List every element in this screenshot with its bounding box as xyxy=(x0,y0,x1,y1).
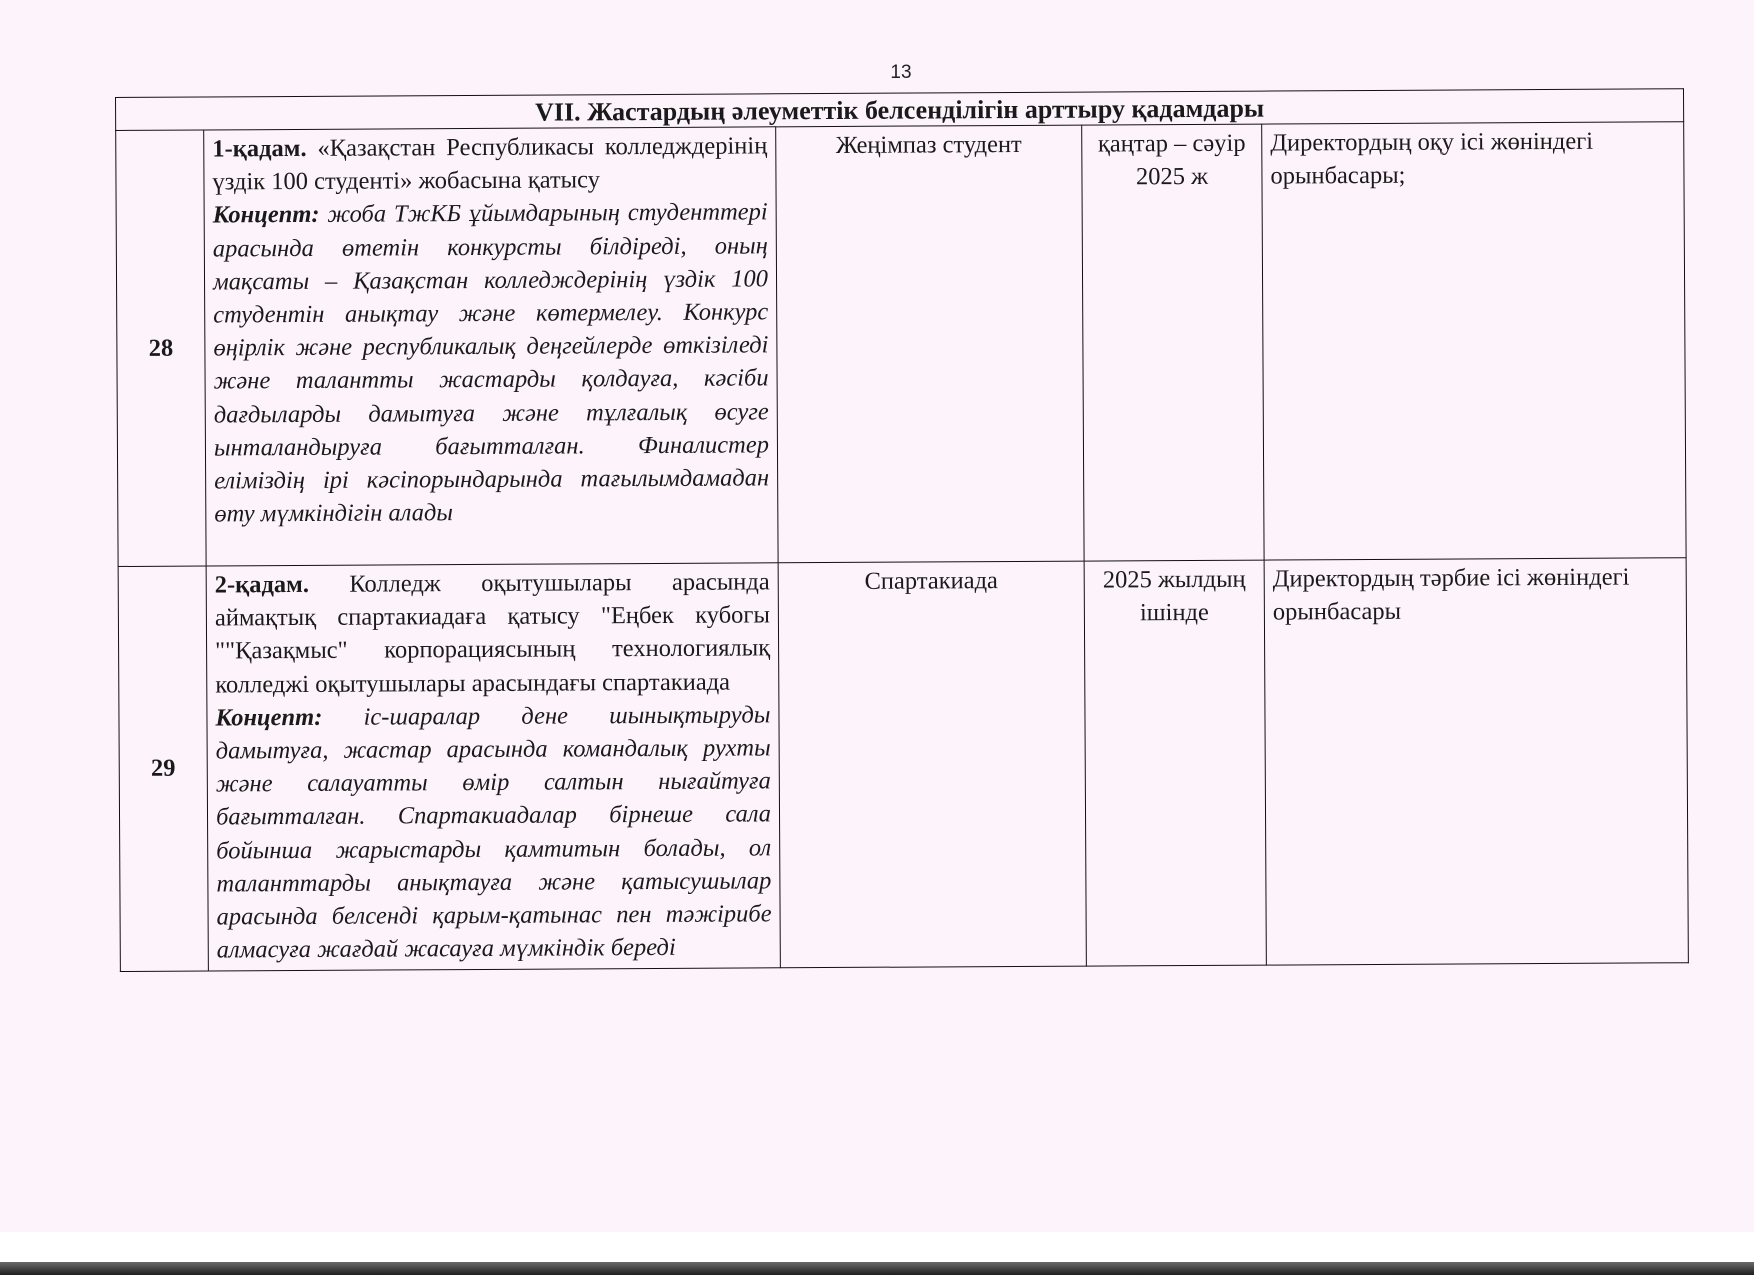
scan-margin xyxy=(0,1232,1754,1262)
responsible: Директордың оқу ісі жөніндегі орынбасары… xyxy=(1262,122,1686,560)
expected-result: Жеңімпаз студент xyxy=(776,125,1084,563)
step-description: 2-қадам. Колледж оқытушылары арасында ай… xyxy=(206,563,780,971)
action-plan-table: VII. Жастардың әлеуметтік белсенділігін … xyxy=(115,88,1689,972)
page-number: 13 xyxy=(886,62,916,84)
deadline: 2025 жылдың ішінде xyxy=(1084,560,1266,966)
concept-text: жоба ТжКБ ұйымдарының студенттері арасын… xyxy=(213,199,769,528)
table-row: 29 2-қадам. Колледж оқытушылары арасында… xyxy=(118,558,1688,972)
concept-label: Концепт: xyxy=(215,704,322,732)
expected-result: Спартакиада xyxy=(778,561,1086,968)
row-number: 28 xyxy=(116,130,206,566)
step-label: 2-қадам. xyxy=(215,571,309,599)
concept-label: Концепт: xyxy=(213,201,320,229)
concept-text: іс-шаралар дене шынықтыруды дамытуға, жа… xyxy=(216,701,772,964)
responsible: Директордың тәрбие ісі жөніндегі орынбас… xyxy=(1264,558,1688,965)
row-number: 29 xyxy=(118,566,208,971)
scan-edge xyxy=(0,1262,1754,1275)
step-description: 1-қадам. «Қазақстан Республикасы колледж… xyxy=(204,127,778,566)
deadline: қаңтар – сәуір 2025 ж xyxy=(1082,124,1264,561)
step-label: 1-қадам. xyxy=(212,135,306,163)
table-row: 28 1-қадам. «Қазақстан Республикасы колл… xyxy=(116,122,1686,567)
